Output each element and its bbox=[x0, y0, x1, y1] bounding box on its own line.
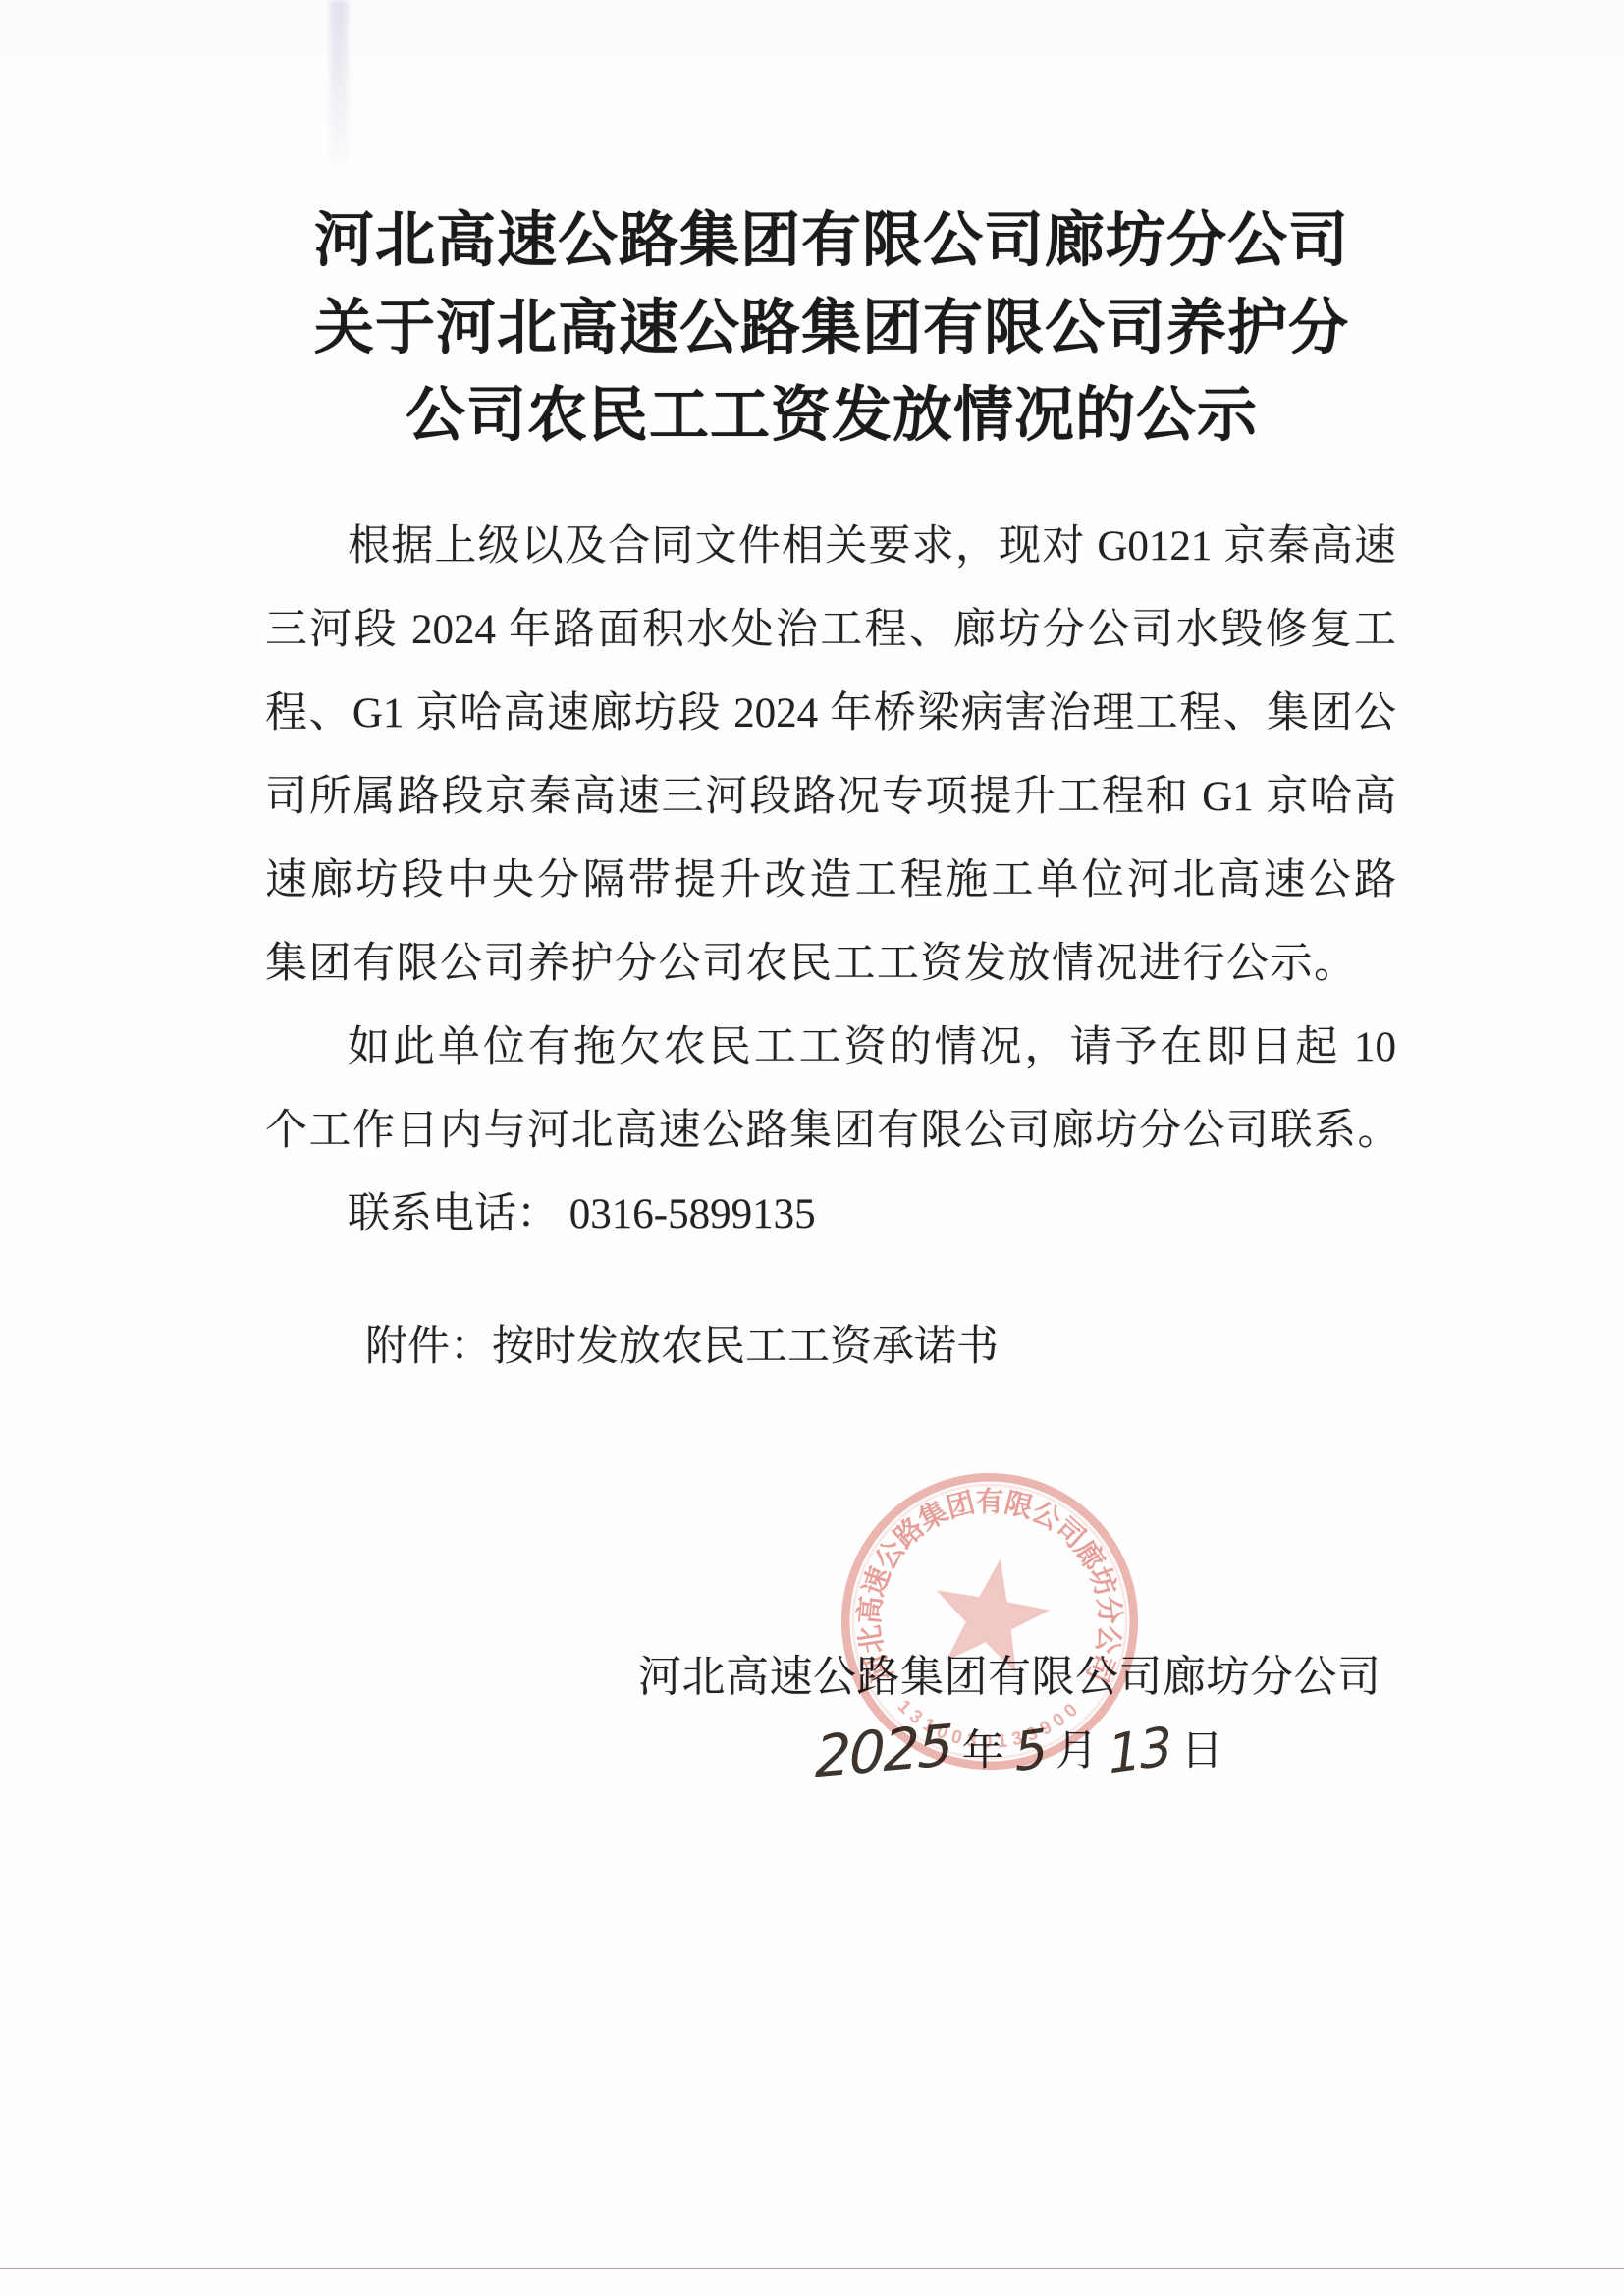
title-line-2: 关于河北高速公路集团有限公司养护分 bbox=[22, 284, 1624, 371]
body-line: 个工作日内与河北高速公路集团有限公司廊坊分公司联系。 bbox=[265, 1089, 1396, 1173]
body-line: 如此单位有拖欠农民工工资的情况，请予在即日起 10 bbox=[265, 1006, 1396, 1089]
scanned-notice-page: 河北高速公路集团有限公司廊坊分公司 关于河北高速公路集团有限公司养护分 公司农民… bbox=[0, 0, 1624, 2296]
title-line-3: 公司农民工工资发放情况的公示 bbox=[22, 371, 1624, 459]
body-line: 司所属路段京秦高速三河段路况专项提升工程和 G1 京哈高 bbox=[265, 755, 1396, 839]
contact-phone-line: 联系电话： 0316-5899135 bbox=[265, 1173, 1396, 1256]
notice-title: 河北高速公路集团有限公司廊坊分公司 关于河北高速公路集团有限公司养护分 公司农民… bbox=[22, 196, 1624, 459]
notice-body: 根据上级以及合同文件相关要求，现对 G0121 京秦高速 三河段 2024 年路… bbox=[265, 505, 1396, 1256]
body-line: 程、G1 京哈高速廊坊段 2024 年桥梁病害治理工程、集团公 bbox=[265, 672, 1396, 755]
attachment-line: 附件：按时发放农民工工资承诺书 bbox=[265, 1322, 1396, 1373]
day-label: 日 bbox=[1181, 1722, 1223, 1781]
body-line: 集团有限公司养护分公司农民工工资发放情况进行公示。 bbox=[265, 922, 1396, 1006]
body-line: 速廊坊段中央分隔带提升改造工程施工单位河北高速公路 bbox=[265, 839, 1396, 922]
official-seal-stamp: 河北高速公路集团有限公司廊坊分公司 1310030133900 bbox=[831, 1459, 1149, 1787]
body-line: 三河段 2024 年路面积水处治工程、廊坊分公司水毁修复工 bbox=[265, 588, 1396, 672]
title-line-1: 河北高速公路集团有限公司廊坊分公司 bbox=[22, 196, 1624, 284]
scan-artifact-bottom-line bbox=[0, 2268, 1624, 2269]
body-line: 根据上级以及合同文件相关要求，现对 G0121 京秦高速 bbox=[265, 505, 1396, 588]
star-icon bbox=[938, 1560, 1048, 1671]
scan-artifact-streak bbox=[330, 0, 348, 167]
